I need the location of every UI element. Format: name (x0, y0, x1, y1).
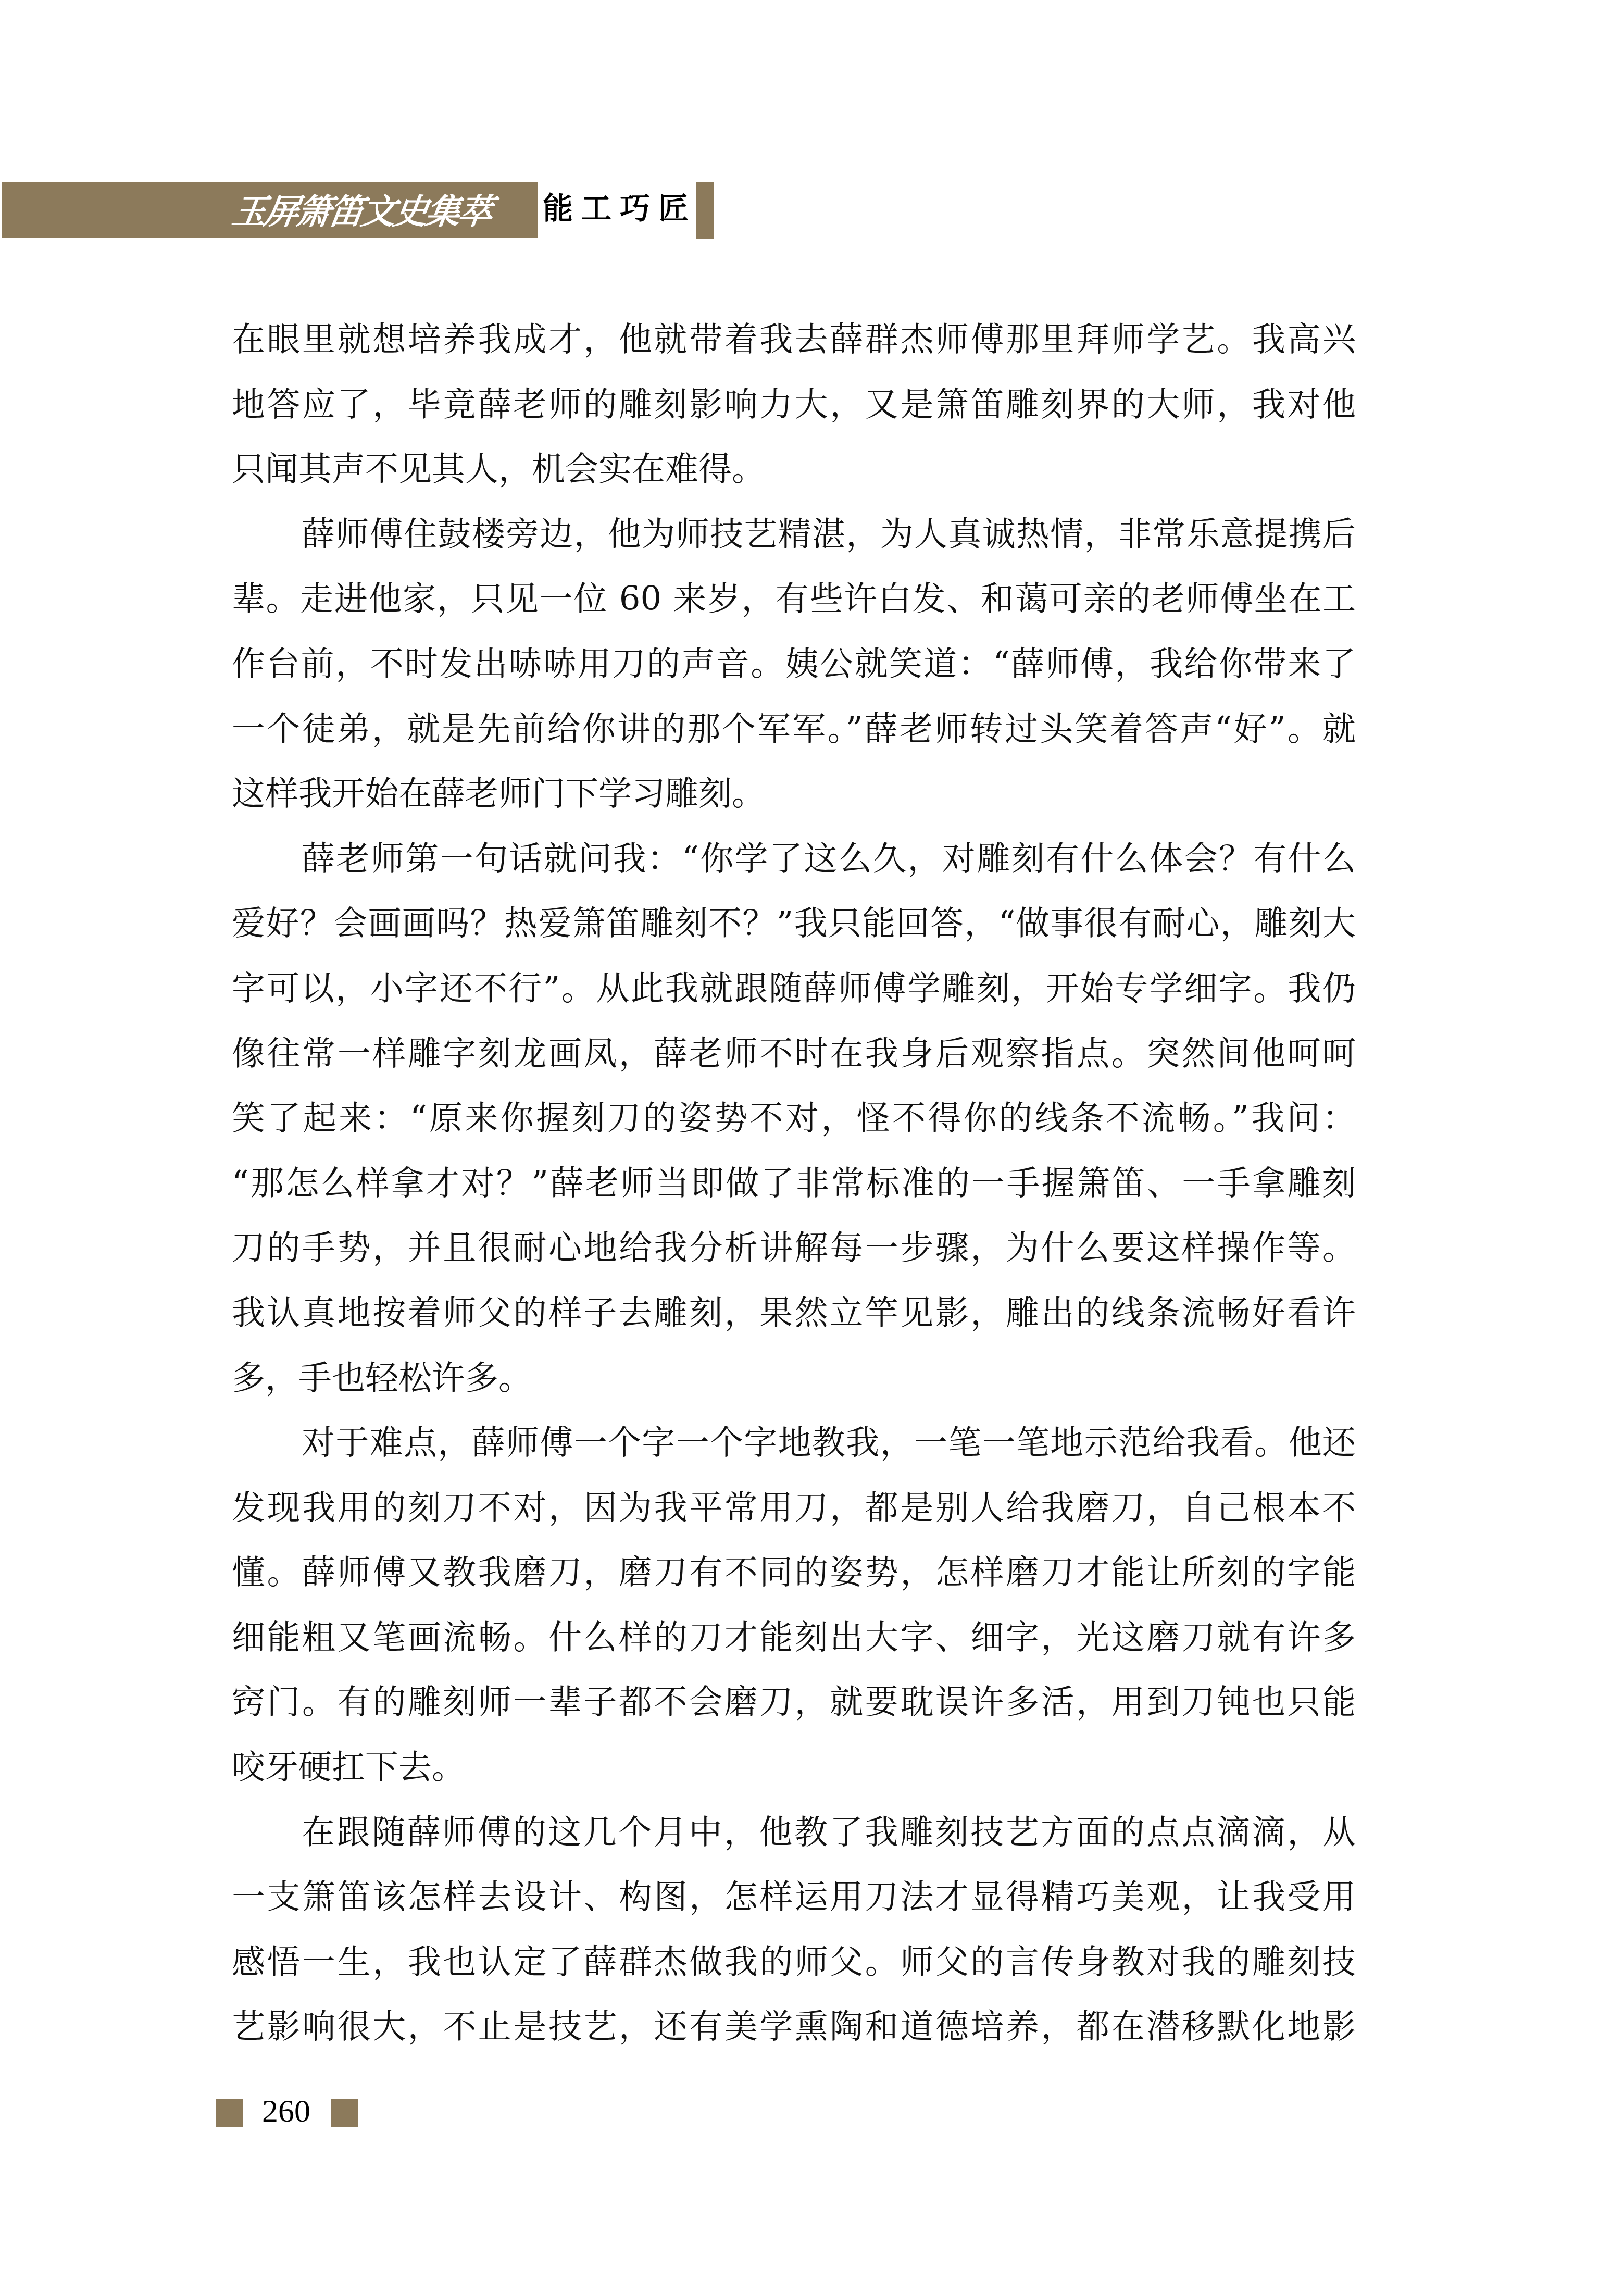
body-text: 在眼里就想培养我成才，他就带着我去薛群杰师傅那里拜师学艺。我高兴 地答应了，毕竟… (232, 307, 1356, 2060)
page-number: 260 (262, 2093, 310, 2129)
text-line: “那怎么样拿才对？”薛老师当即做了非常标准的一手握箫笛、一手拿雕刻 (232, 1151, 1356, 1216)
text-line: 我认真地按着师父的样子去雕刻，果然立竿见影，雕出的线条流畅好看许 (232, 1281, 1356, 1346)
text-line: 薛老师第一句话就问我：“你学了这么久，对雕刻有什么体会？有什么 (232, 827, 1356, 892)
paragraph: 对于难点，薛师傅一个字一个字地教我，一笔一笔地示范给我看。他还 发现我用的刻刀不… (232, 1411, 1356, 1800)
header-tab-marker (696, 182, 714, 239)
folio-square-right (331, 2099, 358, 2127)
text-line: 作台前，不时发出哧哧用刀的声音。姨公就笑道：“薛师傅，我给你带来了 (232, 632, 1356, 697)
text-line: 一个徒弟，就是先前给你讲的那个军军。”薛老师转过头笑着答声“好”。就 (232, 697, 1356, 762)
text-line: 笑了起来：“原来你握刻刀的姿势不对，怪不得你的线条不流畅。”我问： (232, 1086, 1356, 1151)
text-line: 一支箫笛该怎样去设计、构图，怎样运用刀法才显得精巧美观，让我受用 (232, 1865, 1356, 1930)
text-line: 懂。薛师傅又教我磨刀，磨刀有不同的姿势，怎样磨刀才能让所刻的字能 (232, 1540, 1356, 1605)
text-line: 薛师傅住鼓楼旁边，他为师技艺精湛，为人真诚热情，非常乐意提携后 (232, 502, 1356, 567)
paragraph: 薛老师第一句话就问我：“你学了这么久，对雕刻有什么体会？有什么 爱好？会画画吗？… (232, 827, 1356, 1411)
text-line: 多，手也轻松许多。 (232, 1346, 1356, 1411)
paragraph: 在眼里就想培养我成才，他就带着我去薛群杰师傅那里拜师学艺。我高兴 地答应了，毕竟… (232, 307, 1356, 502)
text-line: 发现我用的刻刀不对，因为我平常用刀，都是别人给我磨刀，自己根本不 (232, 1476, 1356, 1541)
text-line: 辈。走进他家，只见一位 60 来岁，有些许白发、和蔼可亲的老师傅坐在工 (232, 567, 1356, 632)
text-line: 咬牙硬扛下去。 (232, 1735, 1356, 1800)
series-title: 玉屏箫笛文史集萃 (229, 185, 507, 238)
text-line: 这样我开始在薛老师门下学习雕刻。 (232, 762, 1356, 827)
text-line: 细能粗又笔画流畅。什么样的刀才能刻出大字、细字，光这磨刀就有许多 (232, 1605, 1356, 1670)
text-line: 像往常一样雕字刻龙画凤，薛老师不时在我身后观察指点。突然间他呵呵 (232, 1021, 1356, 1087)
text-line: 在跟随薛师傅的这几个月中，他教了我雕刻技艺方面的点点滴滴，从 (232, 1800, 1356, 1865)
text-line: 字可以，小字还不行”。从此我就跟随薛师傅学雕刻，开始专学细字。我仍 (232, 956, 1356, 1021)
text-line: 在眼里就想培养我成才，他就带着我去薛群杰师傅那里拜师学艺。我高兴 (232, 307, 1356, 372)
text-line: 艺影响很大，不止是技艺，还有美学熏陶和道德培养，都在潜移默化地影 (232, 1994, 1356, 2060)
text-line: 爱好？会画画吗？热爱箫笛雕刻不？”我只能回答，“做事很有耐心，雕刻大 (232, 891, 1356, 956)
paragraph: 薛师傅住鼓楼旁边，他为师技艺精湛，为人真诚热情，非常乐意提携后 辈。走进他家，只… (232, 502, 1356, 827)
text-line: 对于难点，薛师傅一个字一个字地教我，一笔一笔地示范给我看。他还 (232, 1411, 1356, 1476)
text-line: 窍门。有的雕刻师一辈子都不会磨刀，就要耽误许多活，用到刀钝也只能 (232, 1670, 1356, 1735)
text-line: 地答应了，毕竟薛老师的雕刻影响力大，又是箫笛雕刻界的大师，我对他 (232, 372, 1356, 438)
paragraph: 在跟随薛师傅的这几个月中，他教了我雕刻技艺方面的点点滴滴，从 一支箫笛该怎样去设… (232, 1800, 1356, 2060)
folio-square-left (216, 2099, 243, 2127)
text-line: 感悟一生，我也认定了薛群杰做我的师父。师父的言传身教对我的雕刻技 (232, 1930, 1356, 1995)
text-line: 只闻其声不见其人，机会实在难得。 (232, 437, 1356, 502)
section-title: 能工巧匠 (543, 188, 697, 229)
text-line: 刀的手势，并且很耐心地给我分析讲解每一步骤，为什么要这样操作等。 (232, 1216, 1356, 1281)
